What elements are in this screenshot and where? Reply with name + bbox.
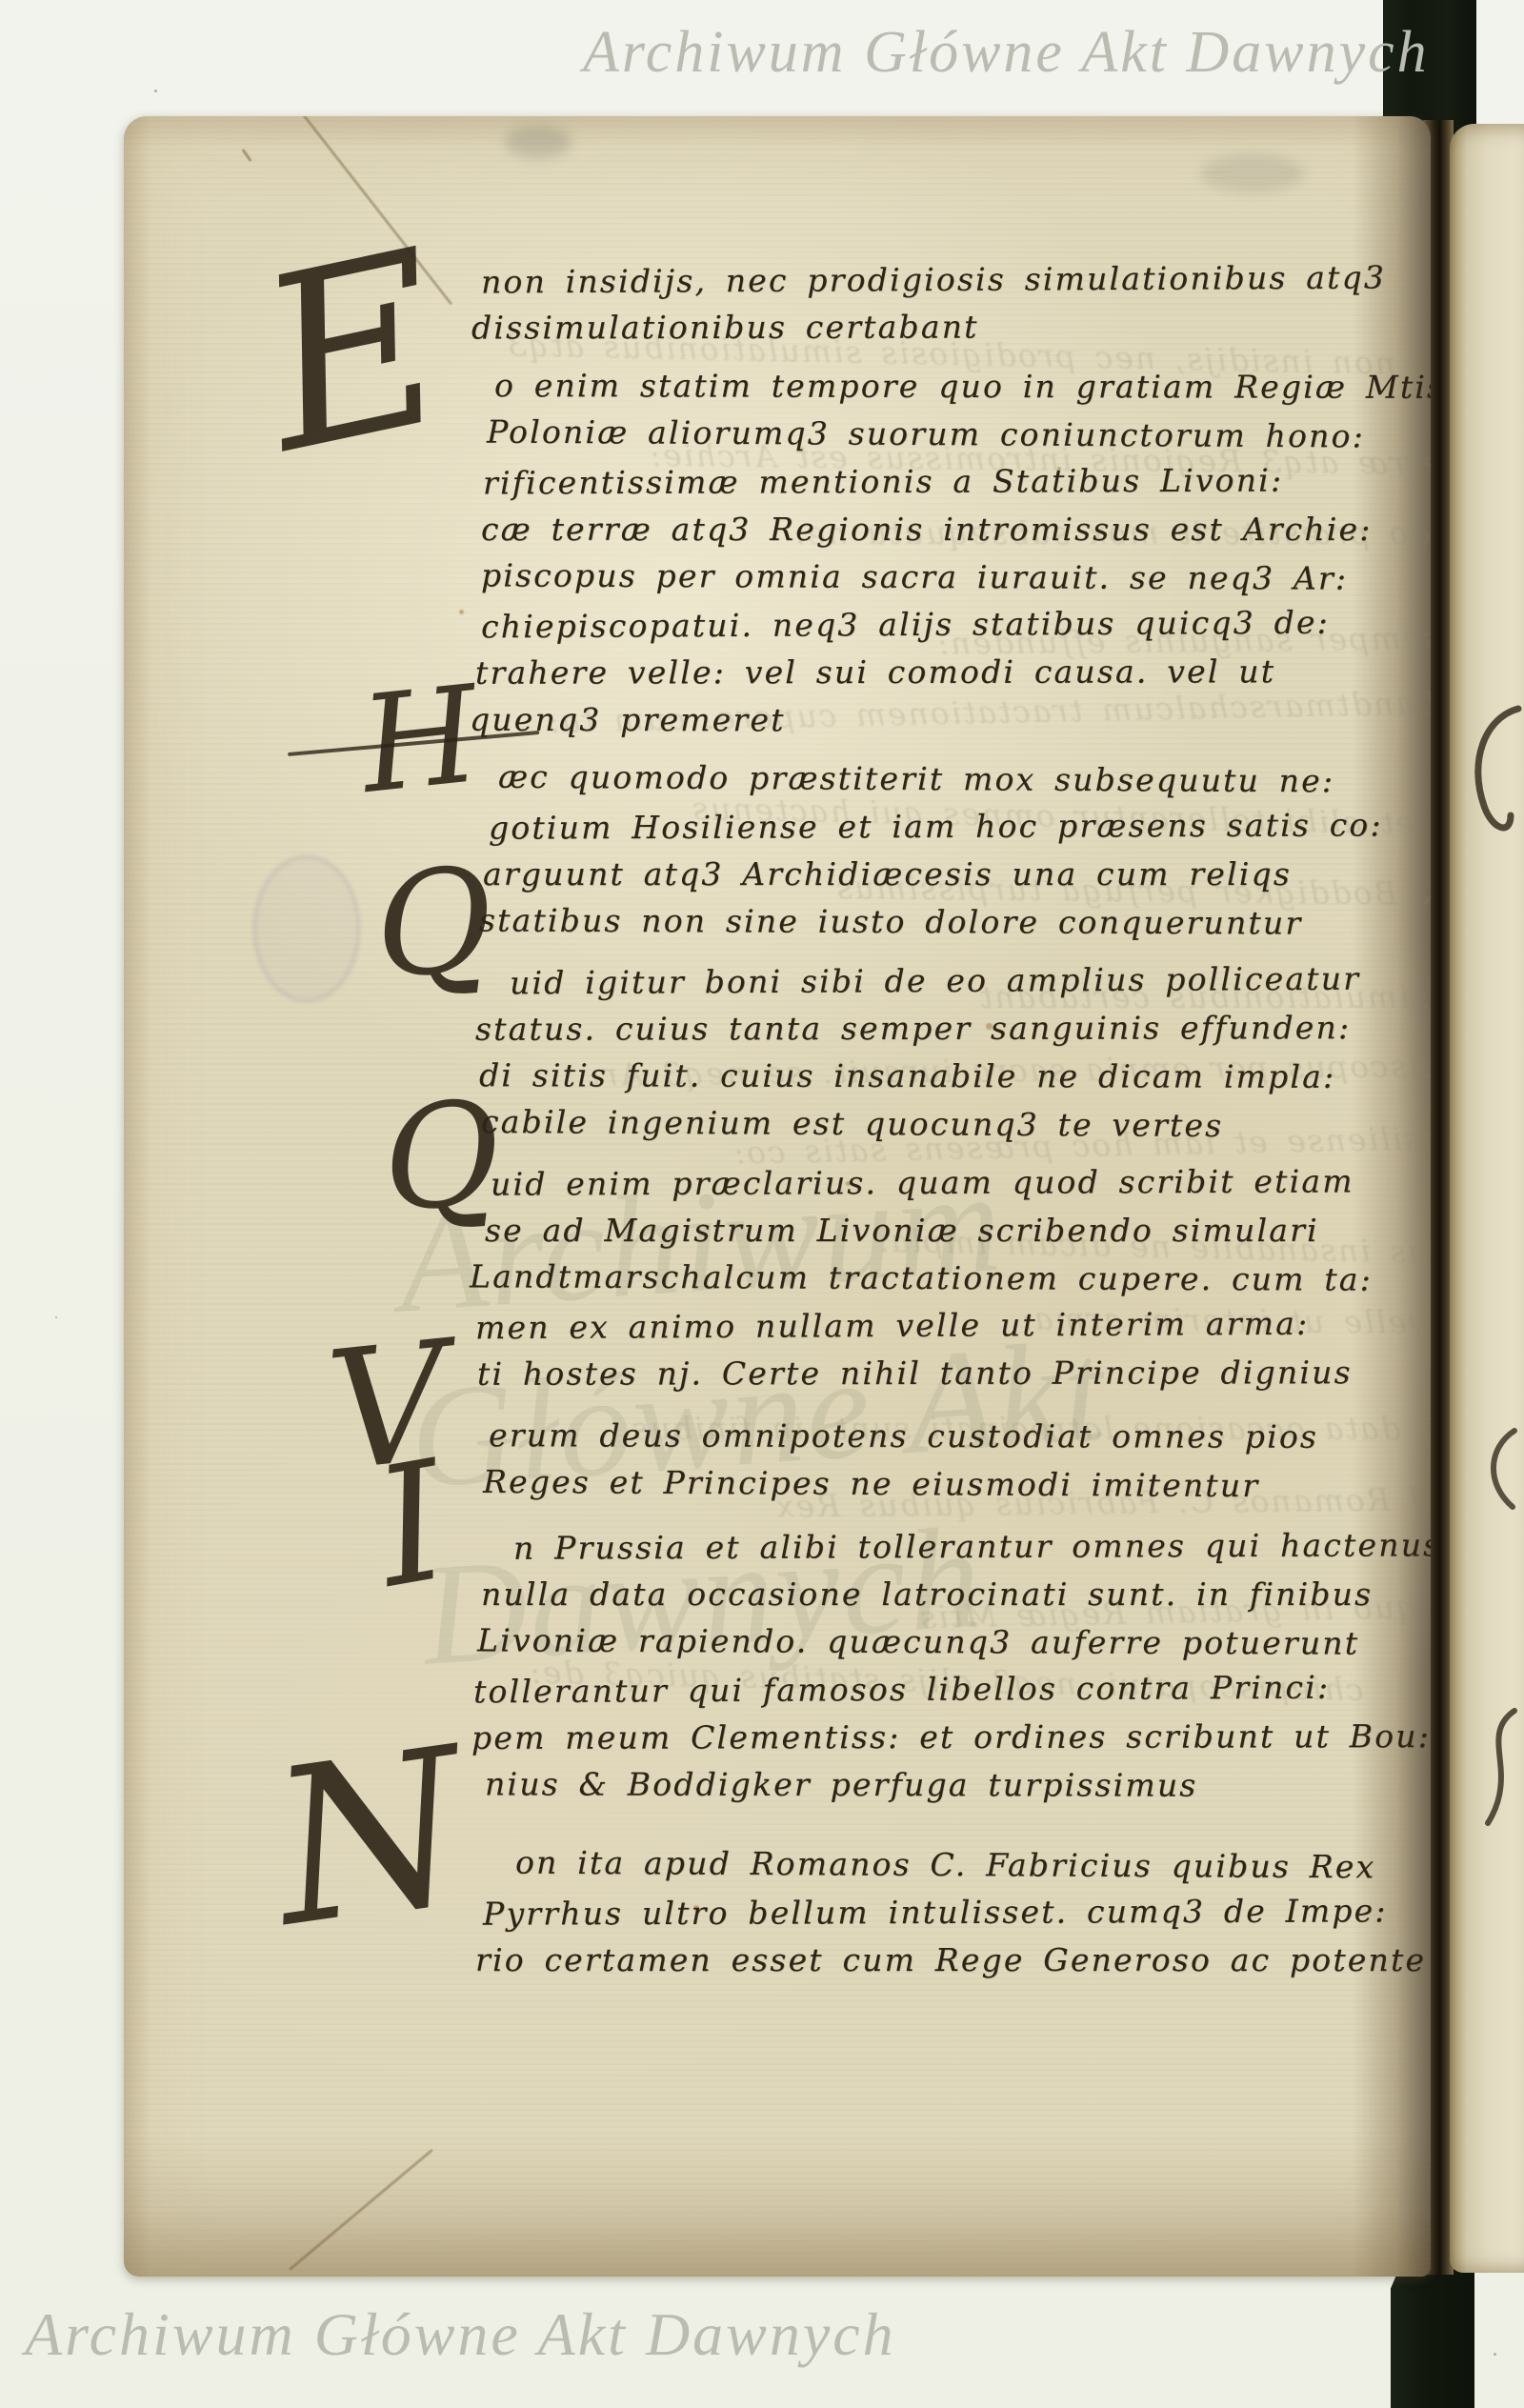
manuscript-line: status. cuius tanta semper sanguinis eff… (475, 1009, 1351, 1048)
manuscript-line: gotium Hosiliense et iam hoc præsens sat… (489, 806, 1383, 846)
dust-speck (55, 1316, 57, 1318)
manuscript-line: piscopus per omnia sacra iurauit. se neq… (481, 556, 1348, 596)
manuscript-line: æc quomodo præstiterit mox subsequutu ne… (498, 758, 1334, 800)
manuscript-line: cabile ingenium est quocunq3 te vertes (481, 1103, 1224, 1144)
manuscript-line: rificentissimæ mentionis a Statibus Livo… (483, 462, 1283, 502)
manuscript-line: Pyrrhus ultro bellum intulisset. cumq3 d… (483, 1892, 1388, 1932)
manuscript-scan: Archiwum Główne Akt Dawnych Archiwum Głó… (0, 0, 1524, 2408)
manuscript-line: statibus non sine iusto dolore conquerun… (479, 901, 1303, 941)
manuscript-line: men ex animo nullam velle ut interim arm… (475, 1305, 1310, 1347)
archive-watermark-bottom: Archiwum Główne Akt Dawnych (25, 2299, 896, 2370)
dust-speck (1494, 2353, 1496, 2356)
manuscript-line: Landtmarschalcum tractationem cupere. cu… (470, 1257, 1373, 1297)
bookmark-ribbon-bottom (1391, 2269, 1474, 2408)
ink-flourish (1473, 1427, 1520, 1517)
ink-flourish (1467, 1707, 1520, 1831)
manuscript-line: quenq3 premeret (470, 701, 786, 739)
manuscript-line: non insidijs, nec prodigiosis simulation… (481, 259, 1386, 301)
manuscript-line: Reges et Principes ne eiusmodi imitentur (483, 1463, 1259, 1504)
dust-speck (154, 90, 157, 92)
facing-page-edge (1450, 124, 1524, 2273)
manuscript-line: o enim statim tempore quo in gratiam Reg… (494, 367, 1431, 406)
paragraph-initial: Q (371, 863, 496, 985)
paragraph-initial: N (265, 1740, 474, 1936)
manuscript-line: Poloniæ aliorumq3 suorum coniunctorum ho… (487, 413, 1365, 455)
manuscript-line: arguunt atq3 Archidiæcesis una cum reliq… (483, 855, 1292, 893)
manuscript-line: chiepiscopatui. neq3 alijs statibus quic… (481, 604, 1330, 646)
manuscript-line: dissimulationibus certabant (471, 309, 979, 347)
archive-watermark-top: Archiwum Główne Akt Dawnych (583, 19, 1430, 87)
manuscript-line: Livoniæ rapiendo. quæcunq3 auferre potue… (477, 1621, 1359, 1661)
manuscript-line: pem meum Clementiss: et ordines scribunt… (471, 1717, 1431, 1756)
manuscript-line: di sitis fuit. cuius insanabile ne dicam… (479, 1056, 1335, 1095)
ink-flourish (1463, 703, 1524, 855)
manuscript-line: n Prussia et alibi tollerantur omnes qui… (513, 1526, 1431, 1566)
manuscript-line: ti hostes nj. Certe nihil tanto Principe… (477, 1354, 1353, 1393)
manuscript-text: EHQQVINnon insidijs, nec prodigiosis sim… (124, 116, 1431, 2277)
manuscript-line: nulla data occasione latrocinati sunt. i… (481, 1575, 1373, 1613)
manuscript-line: rio certamen esset cum Rege Generoso ac … (475, 1941, 1426, 1978)
manuscript-line: tollerantur qui famosos libellos contra … (473, 1669, 1330, 1711)
manuscript-line: se ad Magistrum Livoniæ scribendo simula… (485, 1212, 1319, 1249)
manuscript-line: uid igitur boni sibi de eo amplius polli… (510, 960, 1360, 1002)
manuscript-line: cæ terræ atq3 Regionis intromissus est A… (481, 511, 1373, 548)
manuscript-line: uid enim præclarius. quam quod scribit e… (491, 1162, 1354, 1202)
paragraph-initial: E (249, 241, 458, 464)
manuscript-line: nius & Boddigker perfuga turpissimus (485, 1765, 1198, 1803)
manuscript-line: trahere velle: vel sui comodi causa. vel… (475, 652, 1275, 691)
manuscript-line: on ita apud Romanos C. Fabricius quibus … (515, 1844, 1376, 1886)
manuscript-line: erum deus omnipotens custodiat omnes pio… (489, 1416, 1318, 1455)
manuscript-page: Archiwum Główne Akt Dawnych non insidijs… (124, 116, 1431, 2277)
